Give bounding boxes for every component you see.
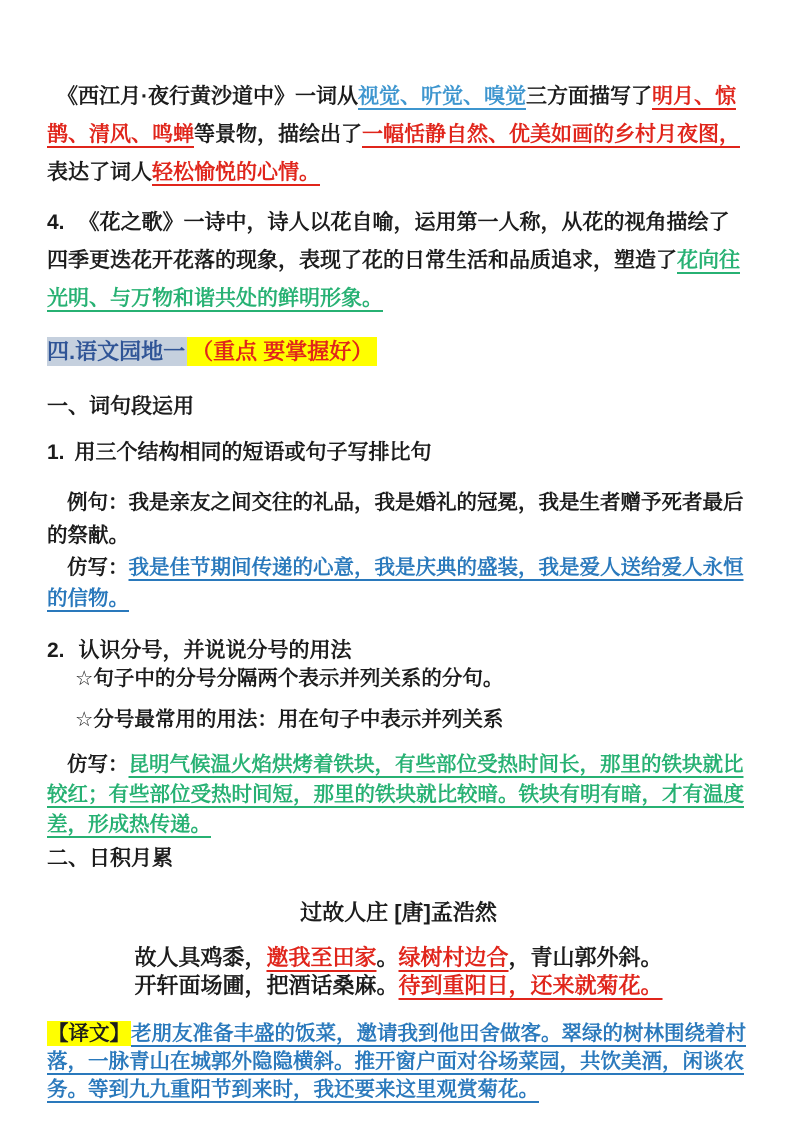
- imitation-sentence-2: 仿写：昆明气候温火焰烘烤着铁块，有些部位受热时间长，那里的铁块就比较红；有些部位…: [47, 750, 750, 840]
- example-sentence: 例句：我是亲友之间交往的礼品，我是婚礼的冠冕，我是生者赠予死者最后的祭献。: [47, 486, 750, 552]
- sub-heading-label: 一、词句段运用: [47, 395, 194, 418]
- text-run-red-underline: 轻松愉悦的心情。: [152, 161, 320, 184]
- star-note-2: ☆分号最常用的用法：用在句子中表示并列关系: [47, 706, 750, 734]
- text-run: 《西江月·夜行黄沙道中》一词从: [57, 85, 358, 108]
- imitation-sentence-1: 仿写：我是佳节期间传递的心意，我是庆典的盛装，我是爱人送给爱人永恒的信物。: [47, 552, 750, 614]
- text-run: 。: [376, 945, 398, 970]
- text-run: 青山郭外斜。: [531, 945, 663, 970]
- list-number: 4.: [47, 204, 65, 242]
- star-note-1: ☆句子中的分号分隔两个表示并列关系的分句。: [47, 665, 750, 693]
- text-run-red-underline: 待到重阳日，还来就菊花。: [399, 973, 663, 998]
- imitate-label: 仿写：: [67, 753, 129, 776]
- section-note-highlight: （重点 要掌握好）: [187, 337, 377, 366]
- list-number: 2.: [47, 636, 65, 665]
- text-run: 《花之歌》一诗中，诗人以花自喻，运用第一人称，从花的视角描绘了四季更迭花开花落的…: [47, 211, 730, 272]
- sub-heading-rijiyuelei: 二、日积月累: [47, 844, 750, 874]
- text-run: 开轩面场圃，把酒话桑麻。: [134, 973, 398, 998]
- text-run-red-underline: 绿树村边合: [399, 945, 509, 970]
- imitate-text-blue-underline: 我是佳节期间传递的心意，我是庆典的盛装，我是爱人送给爱人永恒的信物。: [47, 556, 744, 610]
- poem-line-2: 开轩面场圃，把酒话桑麻。待到重阳日，还来就菊花。: [47, 972, 750, 1000]
- translation-paragraph: 【译文】老朋友准备丰盛的饭菜，邀请我到他田舍做客。翠绿的树林围绕着村落，一脉青山…: [47, 1020, 750, 1104]
- point-1: 1.用三个结构相同的短语或句子写排比句: [47, 438, 750, 468]
- sub-heading-label: 二、日积月累: [47, 847, 173, 870]
- study-notes-page: 《西江月·夜行黄沙道中》一词从视觉、听觉、嗅觉三方面描写了明月、惊鹊、清风、鸣蝉…: [0, 0, 793, 1121]
- point-text: 认识分号，并说说分号的用法: [79, 639, 352, 662]
- section-heading-yuwenyuandi: 四.语文园地一（重点 要掌握好）: [47, 336, 750, 368]
- text-run: 表达了词人: [47, 161, 152, 184]
- example-text: 我是亲友之间交往的礼品，我是婚礼的冠冕，我是生者赠予死者最后的祭献。: [47, 491, 744, 547]
- text-run-blue-underline: 视觉、听觉、嗅觉: [358, 85, 526, 108]
- text-run: 故人具鸡黍，: [134, 945, 266, 970]
- paragraph-xijiangyue: 《西江月·夜行黄沙道中》一词从视觉、听觉、嗅觉三方面描写了明月、惊鹊、清风、鸣蝉…: [47, 78, 750, 192]
- poem-title: 过故人庄 [唐]孟浩然: [47, 898, 750, 928]
- example-label: 例句：: [67, 491, 129, 514]
- sub-heading-ciju: 一、词句段运用: [47, 392, 750, 422]
- text-run-red-underline: 邀我至田家: [266, 945, 376, 970]
- text-run: 等景物，描绘出了: [194, 123, 362, 146]
- imitate-text-green-underline: 昆明气候温火焰烘烤着铁块，有些部位受热时间长，那里的铁块就比较红；有些部位受热时…: [47, 753, 744, 836]
- imitate-label: 仿写：: [67, 556, 129, 579]
- text-run: 三方面描写了: [526, 85, 652, 108]
- poem-line-1: 故人具鸡黍，邀我至田家。绿树村边合，青山郭外斜。: [47, 944, 750, 972]
- star-note-text: ☆分号最常用的用法：用在句子中表示并列关系: [75, 708, 503, 731]
- poem-body: 故人具鸡黍，邀我至田家。绿树村边合，青山郭外斜。 开轩面场圃，把酒话桑麻。待到重…: [47, 944, 750, 1000]
- point-text: 用三个结构相同的短语或句子写排比句: [75, 441, 432, 464]
- text-run-red-underline: 一幅恬静自然、优美如画的乡村月夜图，: [362, 123, 740, 146]
- section-title: 四.语文园地一: [47, 337, 187, 366]
- text-run: ，: [509, 945, 531, 970]
- list-number: 1.: [47, 438, 65, 468]
- point-2: 2.认识分号，并说说分号的用法: [47, 636, 750, 665]
- star-note-text: ☆句子中的分号分隔两个表示并列关系的分句。: [75, 667, 503, 690]
- translation-text-blue-underline: 老朋友准备丰盛的饭菜，邀请我到他田舍做客。翠绿的树林围绕着村落，一脉青山在城郭外…: [47, 1022, 746, 1101]
- paragraph-huazhige: 4.《花之歌》一诗中，诗人以花自喻，运用第一人称，从花的视角描绘了四季更迭花开花…: [47, 204, 750, 318]
- translation-label-highlight: 【译文】: [47, 1021, 131, 1046]
- poem-title-text: 过故人庄 [唐]孟浩然: [300, 900, 497, 925]
